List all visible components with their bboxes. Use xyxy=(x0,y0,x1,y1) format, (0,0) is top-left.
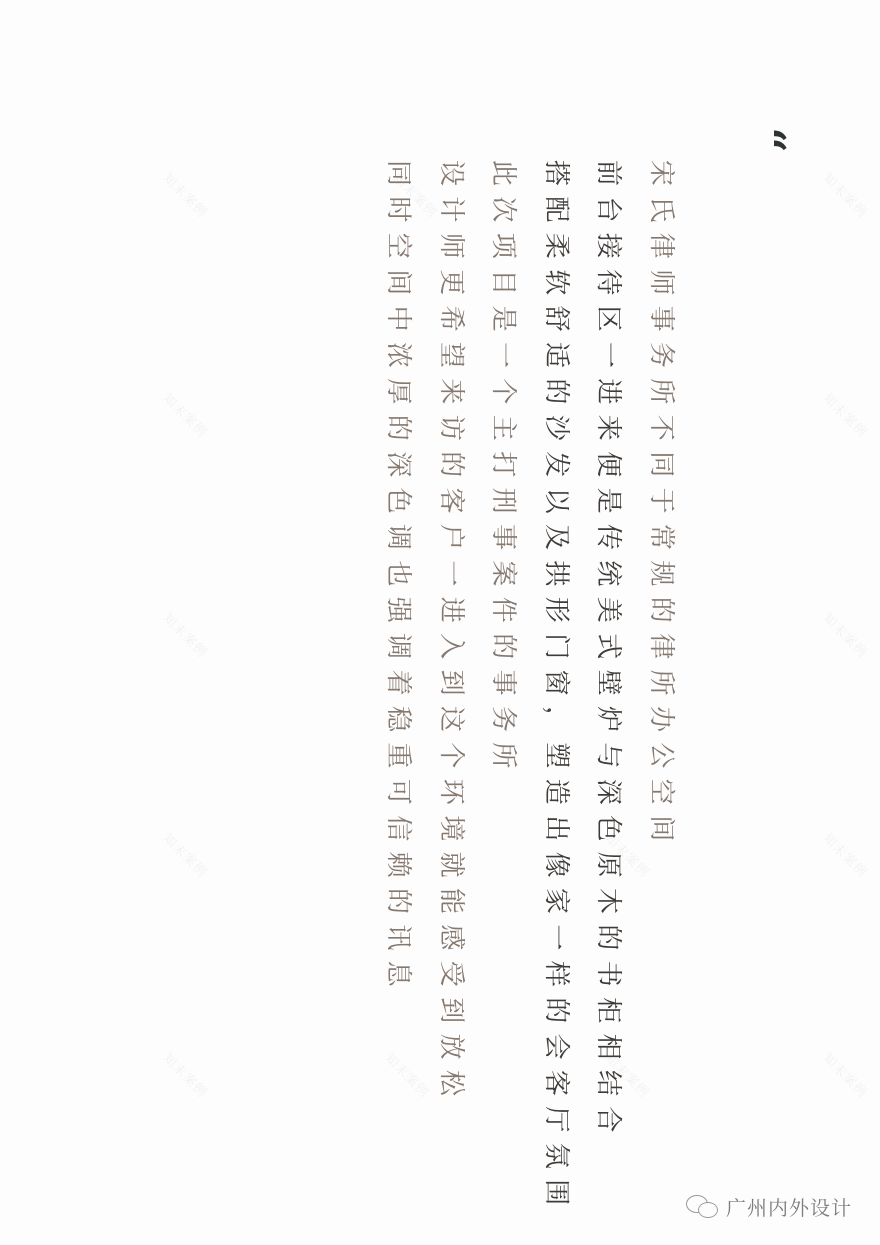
watermark: 知末案例 xyxy=(159,608,212,661)
watermark: 知末案例 xyxy=(159,388,212,441)
watermark: 知末案例 xyxy=(819,1048,872,1101)
brand-label: 广州内外设计 xyxy=(726,1192,852,1221)
watermark: 知末案例 xyxy=(819,608,872,661)
watermark: 知末案例 xyxy=(159,828,212,881)
body-line: 搭配柔软舒适的沙发以及拱形门窗，塑造出像家一样的会客厅氛围 xyxy=(529,160,582,1160)
body-line: 此次项目是一个主打刑事案件的事务所 xyxy=(477,160,530,1160)
wechat-icon xyxy=(686,1195,720,1219)
body-line: 设计师更希望来访的客户一进入到这个环境就能感受到放松 xyxy=(424,160,477,1160)
body-text-block: 宋氏律师事务所不同于常规的律所办公空间 前台接待区一进来便是传统美式壁炉与深色原… xyxy=(371,160,687,1160)
watermark: 知末案例 xyxy=(819,828,872,881)
body-line: 同时空间中浓厚的深色调也强调着稳重可信赖的讯息 xyxy=(371,160,424,1160)
quote-mark: “ xyxy=(752,124,784,156)
body-line: 宋氏律师事务所不同于常规的律所办公空间 xyxy=(634,160,687,1160)
body-line: 前台接待区一进来便是传统美式壁炉与深色原木的书柜相结合 xyxy=(582,160,635,1160)
watermark: 知末案例 xyxy=(159,1048,212,1101)
watermark: 知末案例 xyxy=(819,388,872,441)
brand-signature: 广州内外设计 xyxy=(686,1192,852,1221)
watermark: 知末案例 xyxy=(159,168,212,221)
watermark: 知末案例 xyxy=(819,168,872,221)
